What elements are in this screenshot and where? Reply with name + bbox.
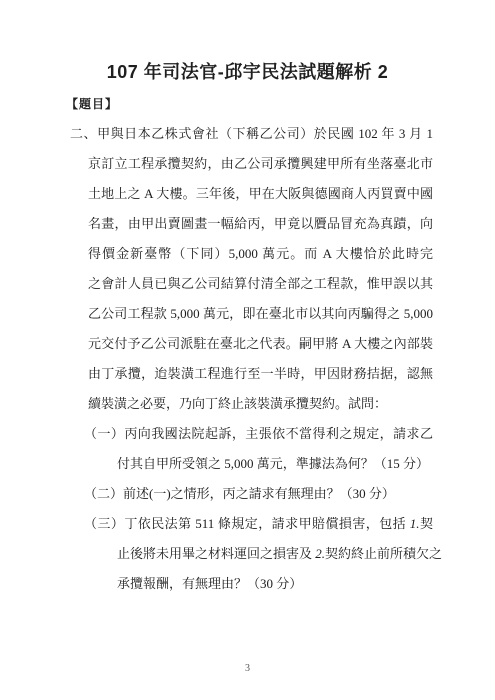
question-line-sub-3: （三）丁依民法第 511 條規定，請求甲賠償損害，包括 1.契約終 (84, 509, 433, 539)
question-line-segment: 契約終止前所積欠之 (325, 546, 442, 561)
question-line: 由丁承攬，迨裝潢工程進行至一半時，甲因財務拮据，認無再繼 (88, 359, 433, 389)
question-line: 名畫，由甲出賣圖畫一幅給丙，甲竟以贗品冒充為真蹟，向丙騙 (88, 209, 433, 239)
question-body: 二、甲與日本乙株式會社（下稱乙公司）於民國 102 年 3 月 1 日在東 京訂… (0, 119, 495, 599)
question-line: 京訂立工程承攬契約，由乙公司承攬興建甲所有坐落臺北市某筆 (88, 149, 433, 179)
italic-list-number: 2. (315, 546, 325, 561)
question-line-segment: 止後將未用畢之材料運回之損害及 (117, 546, 315, 561)
italic-list-number: 1. (410, 516, 420, 531)
question-line-sub-1: （一）丙向我國法院起訴，主張依不當得利之規定，請求乙公司給 (84, 419, 433, 449)
section-header: 【題目】 (66, 95, 118, 112)
question-line: 二、甲與日本乙株式會社（下稱乙公司）於民國 102 年 3 月 1 日在東 (70, 119, 433, 149)
question-line-sub-2: （二）前述(一)之情形，丙之請求有無理由？（30 分） (84, 479, 433, 509)
question-line: 之會計人員已與乙公司結算付清全部之工程款，惟甲誤以其仍欠 (88, 269, 433, 299)
question-line: 乙公司工程款 5,000 萬元，即在臺北市以其向丙騙得之 5,000 萬 (88, 299, 433, 329)
question-line-segment: （三）丁依民法第 511 條規定，請求甲賠償損害，包括 (84, 516, 410, 531)
document-title: 107 年司法官-邱宇民法試題解析 2 (0, 58, 495, 84)
question-line: 元交付予乙公司派駐在臺北之代表。嗣甲將 A 大樓之內部裝潢交 (88, 329, 433, 359)
question-line: 土地上之 A 大樓。三年後，甲在大阪與德國商人丙買賣中國清代 (88, 179, 433, 209)
page-number: 3 (0, 663, 495, 674)
question-line: 止後將未用畢之材料運回之損害及 2.契約終止前所積欠之 (117, 539, 433, 569)
question-line: 續裝潢之必要，乃向丁終止該裝潢承攬契約。試問： (88, 389, 433, 419)
question-line: 付其自甲所受領之 5,000 萬元，準據法為何？（15 分） (117, 449, 433, 479)
document-page: 107 年司法官-邱宇民法試題解析 2 【題目】 二、甲與日本乙株式會社（下稱乙… (0, 0, 495, 700)
question-line: 承攬報酬，有無理由？（30 分） (117, 569, 433, 599)
question-line: 得價金新臺幣（下同）5,000 萬元。而 A 大樓恰於此時完工，甲 (88, 239, 433, 269)
